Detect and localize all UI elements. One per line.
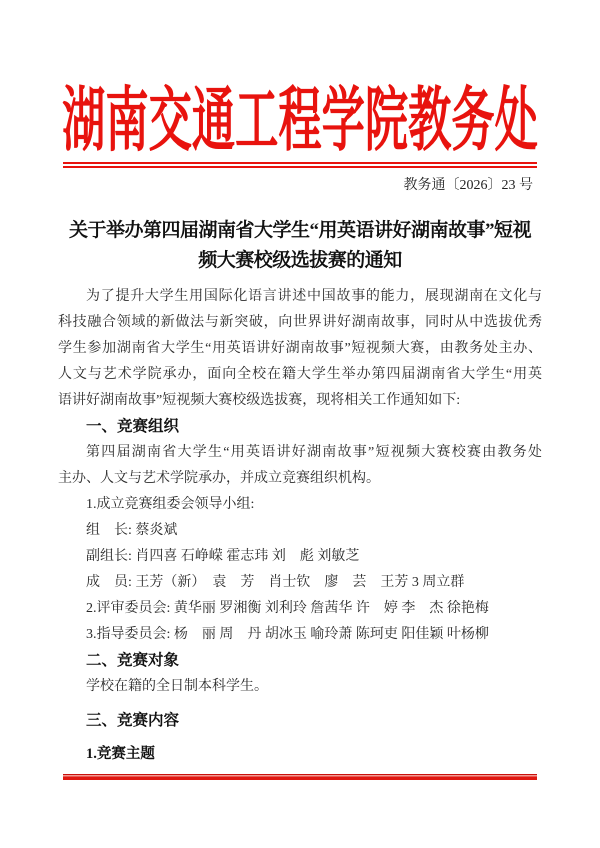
intro-line-4: 人文与艺术学院承办，面向全校在籍大学生举办第四届湖南省大学生“用英 [58, 362, 542, 388]
review-committee-row: 2.评审委员会: 黄华丽 罗湘衡 刘利玲 詹茜华 许 婷 李 杰 徐艳梅 [58, 596, 542, 622]
guidance-committee-row: 3.指导委员会: 杨 丽 周 丹 胡冰玉 喻玲萧 陈珂吏 阳佳颖 叶杨柳 [58, 622, 542, 648]
org-intro-line-2: 主办、人文与艺术学院承办，并成立竞赛组织机构。 [58, 466, 542, 492]
group-leader-row: 组 长: 蔡炎斌 [58, 518, 542, 544]
doc-number: 教务通〔2026〕23 号 [0, 177, 600, 195]
intro-line-1: 为了提升大学生用国际化语言讲述中国故事的能力，展现湖南在文化与 [58, 284, 542, 310]
deputy-leader-row: 副组长: 肖四喜 石峥嵘 霍志玮 刘 彪 刘敏芝 [58, 544, 542, 570]
intro-line-5: 语讲好湖南故事”短视频大赛校级选拔赛，现将相关工作通知如下: [58, 388, 542, 414]
org-intro-line-1: 第四届湖南省大学生“用英语讲好湖南故事”短视频大赛校赛由教务处 [58, 440, 542, 466]
document-body: 为了提升大学生用国际化语言讲述中国故事的能力，展现湖南在文化与 科技融合领域的新… [58, 284, 542, 767]
notice-title: 关于举办第四届湖南省大学生“用英语讲好湖南故事”短视 频大赛校级选拔赛的通知 [0, 216, 600, 276]
masthead: 湖南交通工程学院教务处 [0, 0, 600, 156]
notice-title-line-1: 关于举办第四届湖南省大学生“用英语讲好湖南故事”短视 [0, 216, 600, 246]
eligibility-text: 学校在籍的全日制本科学生。 [58, 674, 542, 700]
topic-subheading: 1.竞赛主题 [58, 741, 542, 767]
intro-line-3: 学生参加湖南省大学生“用英语讲好湖南故事”短视频大赛，由教务处主办、 [58, 336, 542, 362]
document-page: 湖南交通工程学院教务处 教务通〔2026〕23 号 关于举办第四届湖南省大学生“… [0, 0, 600, 848]
org-name-text: 湖南交通工程学院教务处 [62, 65, 538, 165]
intro-line-2: 科技融合领域的新做法与新突破，向世界讲好湖南故事，同时从中选拔优秀 [58, 310, 542, 336]
notice-title-line-2: 频大赛校级选拔赛的通知 [0, 246, 600, 276]
leading-group-label: 1.成立竞赛组委会领导小组: [58, 492, 542, 518]
section-1-heading: 一、竞赛组织 [58, 414, 542, 440]
section-2-heading: 二、竞赛对象 [58, 648, 542, 674]
footer-rule [63, 774, 537, 780]
section-3-heading: 三、竞赛内容 [58, 708, 542, 734]
members-row: 成 员: 王芳（新） 袁 芳 肖士钦 廖 芸 王芳 3 周立群 [58, 570, 542, 596]
